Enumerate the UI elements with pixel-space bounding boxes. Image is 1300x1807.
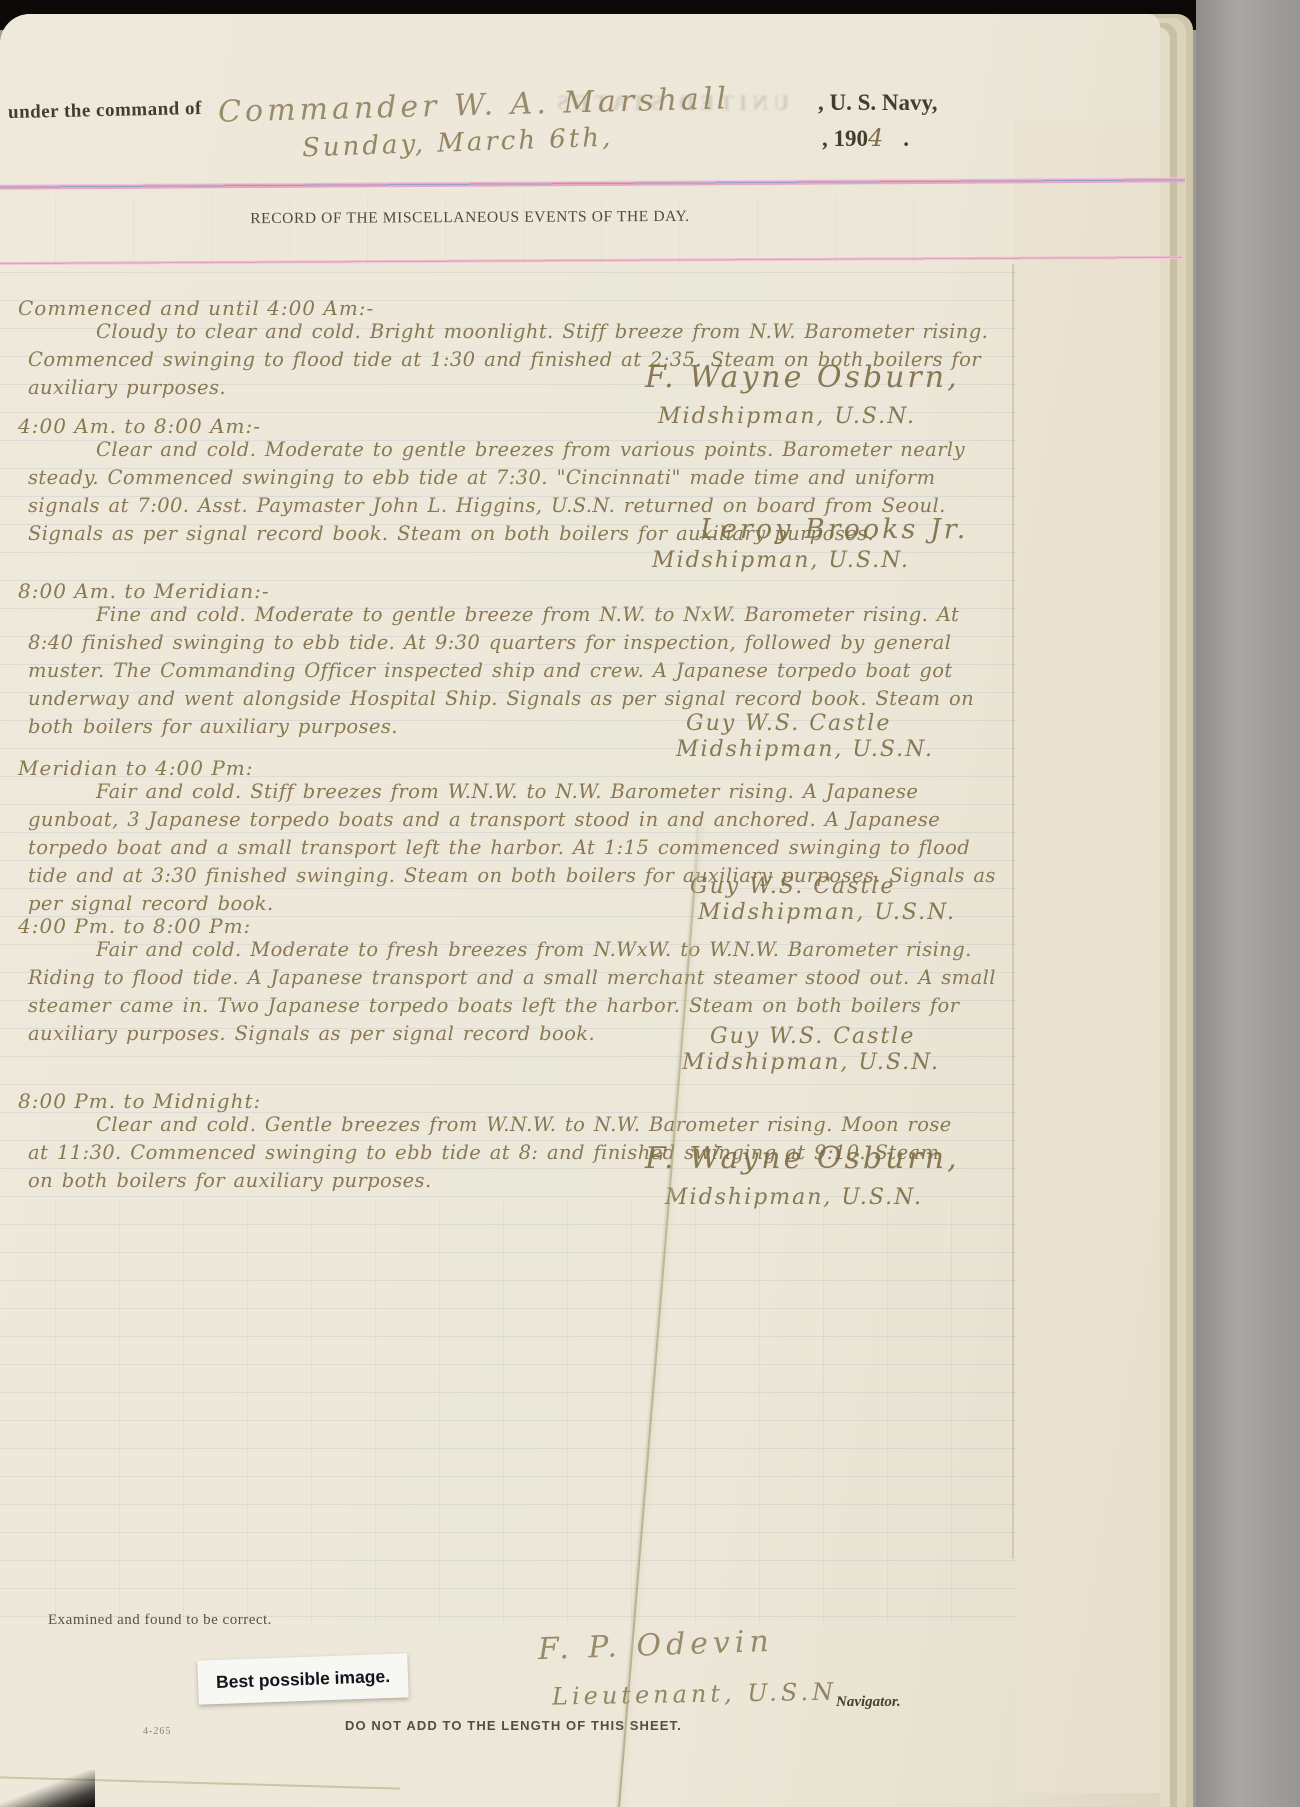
- signature-title: Midshipman, U.S.N.: [652, 548, 910, 573]
- navigator-signature-name: F. P. Odevin: [537, 1624, 774, 1667]
- do-not-add-notice: DO NOT ADD TO THE LENGTH OF THIS SHEET.: [345, 1718, 682, 1733]
- signature-name: F. Wayne Osburn,: [645, 1141, 960, 1176]
- bottom-left-shadow: [0, 1770, 95, 1807]
- underlying-sheet: [1014, 120, 1160, 1793]
- handwritten-year-digit: 4: [868, 124, 883, 152]
- signature-title: Midshipman, U.S.N.: [665, 1185, 923, 1210]
- best-possible-image-label: Best possible image.: [197, 1653, 408, 1704]
- entry-time-header: Meridian to 4:00 Pm:: [18, 756, 254, 780]
- examined-statement: Examined and found to be correct.: [48, 1612, 272, 1629]
- signature-name: F. Wayne Osburn,: [645, 360, 960, 395]
- entry-time-header: 8:00 Am. to Meridian:-: [18, 579, 270, 603]
- signature-title: Midshipman, U.S.N.: [682, 1050, 940, 1075]
- signature-title: Midshipman, U.S.N.: [698, 900, 956, 925]
- bleedthrough-table-columns: [55, 1202, 975, 1622]
- navigator-signature-title: Lieutenant, U.S.N.: [552, 1677, 848, 1710]
- navigator-printed-label: Navigator.: [836, 1694, 901, 1711]
- signature-name: Guy W.S. Castle: [686, 711, 891, 736]
- background-surface: [1196, 0, 1300, 1807]
- printed-command-prefix: under the command of: [8, 98, 202, 124]
- signature-name: Guy W.S. Castle: [690, 874, 895, 899]
- printed-us-navy: , U. S. Navy,: [818, 90, 938, 116]
- handwritten-date: Sunday, March 6th,: [302, 123, 614, 164]
- entry-time-header: 8:00 Pm. to Midnight:: [18, 1089, 261, 1113]
- printed-year-line: , 1904.: [822, 124, 909, 152]
- logbook-page: UNITED STATES under the command of Comma…: [0, 14, 1160, 1807]
- printed-year-period: .: [903, 126, 909, 151]
- entry-time-header: 4:00 Am. to 8:00 Am:-: [18, 414, 261, 438]
- pink-rule-top: [0, 177, 1185, 189]
- entry-time-header: 4:00 Pm. to 8:00 Pm:: [18, 914, 251, 938]
- entry-time-header: Commenced and until 4:00 Am:-: [18, 296, 374, 320]
- printed-year-prefix: , 190: [822, 126, 868, 151]
- signature-title: Midshipman, U.S.N.: [658, 404, 916, 429]
- form-number: 4-265: [143, 1726, 171, 1737]
- signature-name: Guy W.S. Castle: [710, 1024, 915, 1049]
- handwritten-commander-name: Commander W. A. Marshall: [218, 81, 731, 129]
- signature-name: Leroy Brooks Jr.: [700, 514, 968, 545]
- signature-title: Midshipman, U.S.N.: [676, 737, 934, 762]
